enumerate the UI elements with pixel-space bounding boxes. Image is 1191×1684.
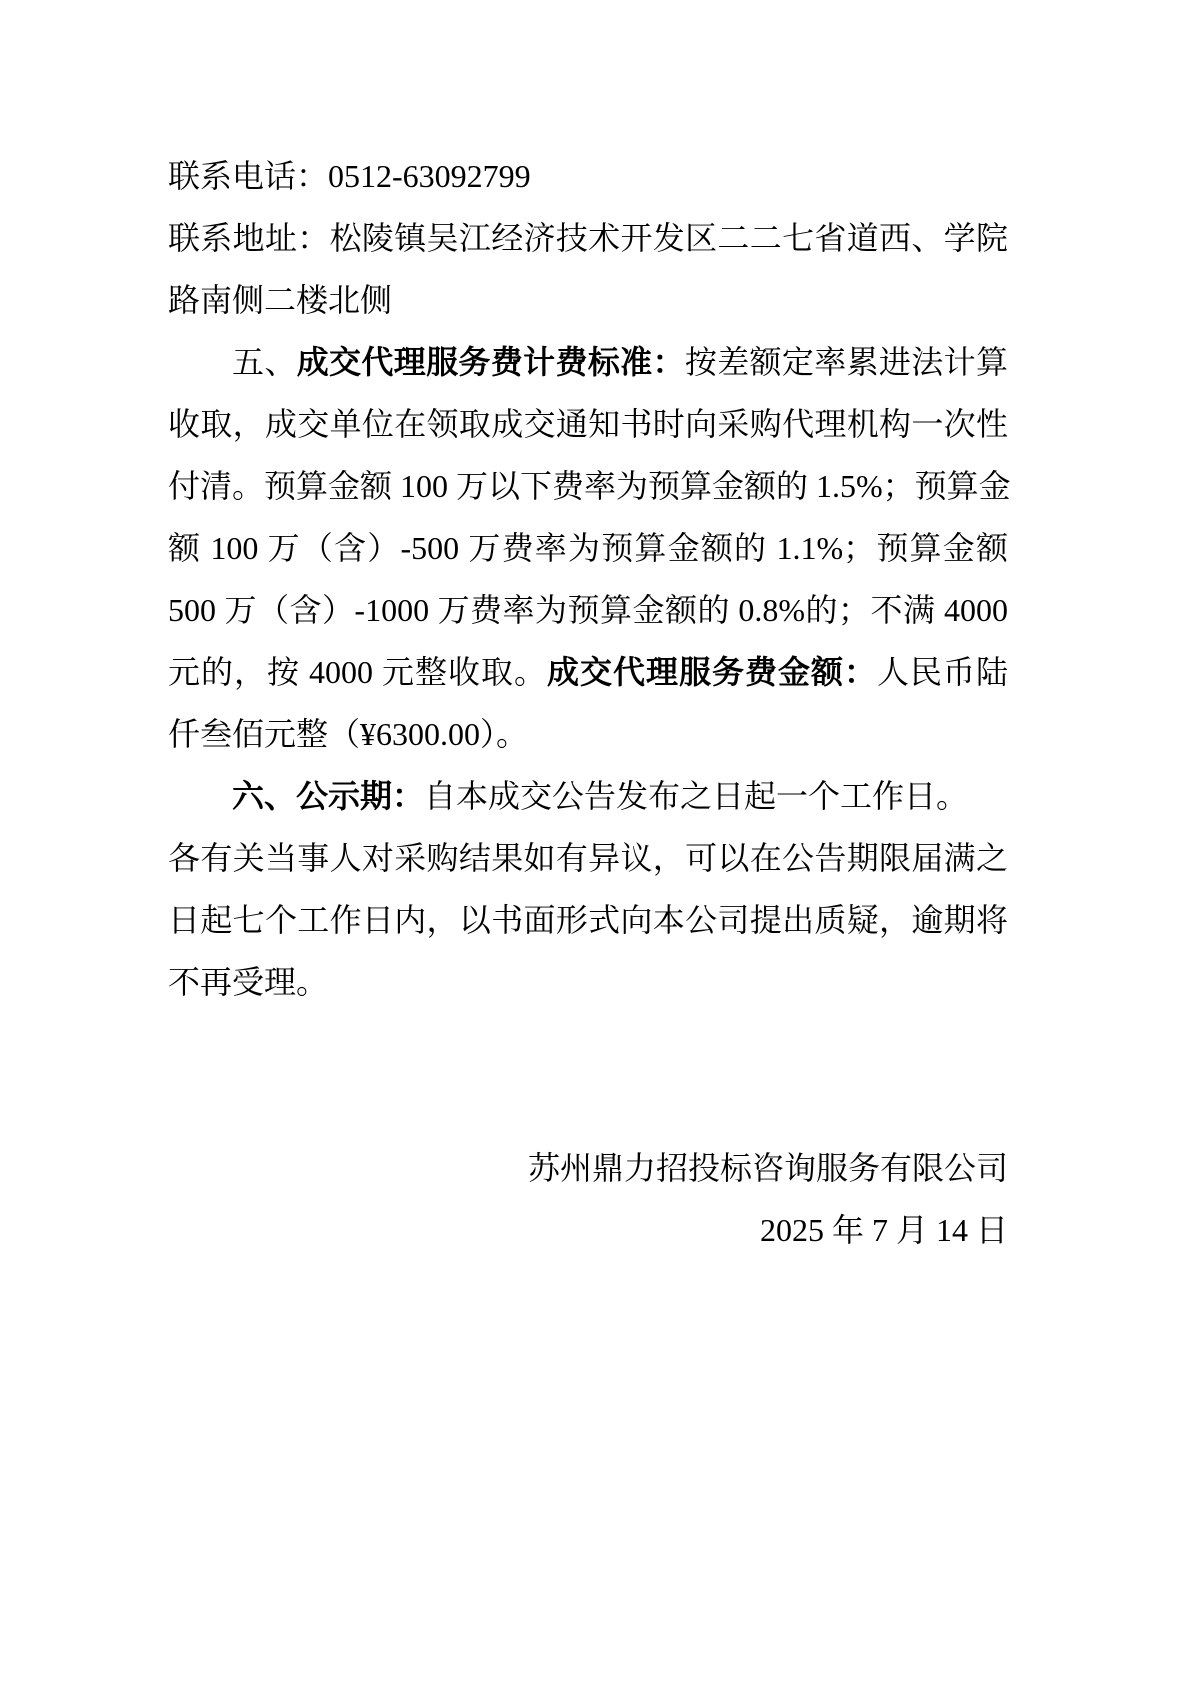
line-contact-address-1: 联系地址：松陵镇吴江经济技术开发区二二七省道西、学院 [168,207,1008,269]
text-segment: 元的，按 4000 元整收取。 [168,654,547,690]
text-segment: 日起七个工作日内，以书面形式向本公司提出质疑，逾期将 [168,902,1008,938]
line-section6-1: 六、公示期：自本成交公告发布之日起一个工作日。 [168,765,1008,827]
line-section5-6: 元的，按 4000 元整收取。成交代理服务费金额：人民币陆 [168,641,1008,703]
document-page: { "page": { "background": "#ffffff", "te… [0,0,1191,1684]
line-section6-2: 各有关当事人对采购结果如有异议，可以在公告期限届满之 [168,827,1008,889]
text-segment: 自本成交公告发布之日起一个工作日。 [424,778,968,814]
signature-block: 苏州鼎力招投标咨询服务有限公司 2025 年 7 月 14 日 [168,1137,1008,1261]
text-segment: 额 100 万（含）-500 万费率为预算金额的 1.1%；预算金额 [168,530,1008,566]
text-segment: 人民币陆 [877,654,1008,690]
document-lines: 联系电话：0512-63092799联系地址：松陵镇吴江经济技术开发区二二七省道… [168,145,1008,1013]
line-section5-7: 仟叁佰元整（¥6300.00）。 [168,703,1008,765]
text-segment: 各有关当事人对采购结果如有异议，可以在公告期限届满之 [168,840,1008,876]
bold-label: 成交代理服务费计费标准： [297,344,685,380]
text-segment: 联系地址：松陵镇吴江经济技术开发区二二七省道西、学院 [168,220,1008,256]
text-segment: 不再受理。 [168,964,328,1000]
text-segment: 收取，成交单位在领取成交通知书时向采购代理机构一次性 [168,406,1008,442]
signature-date: 2025 年 7 月 14 日 [168,1199,1008,1261]
signature-company: 苏州鼎力招投标咨询服务有限公司 [168,1137,1008,1199]
line-section6-3: 日起七个工作日内，以书面形式向本公司提出质疑，逾期将 [168,889,1008,951]
bold-label: 六、公示期： [232,778,424,814]
line-contact-phone: 联系电话：0512-63092799 [168,145,1008,207]
line-section5-4: 额 100 万（含）-500 万费率为预算金额的 1.1%；预算金额 [168,517,1008,579]
text-segment: 按差额定率累进法计算 [685,344,1008,380]
text-segment: 仟叁佰元整（¥6300.00）。 [168,716,528,752]
text-segment: 路南侧二楼北侧 [168,282,392,318]
line-section5-1: 五、成交代理服务费计费标准：按差额定率累进法计算 [168,331,1008,393]
text-segment: 500 万（含）-1000 万费率为预算金额的 0.8%的；不满 4000 [168,592,1008,628]
document-body: 联系电话：0512-63092799联系地址：松陵镇吴江经济技术开发区二二七省道… [168,145,1008,1261]
text-segment: 联系电话：0512-63092799 [168,158,531,194]
text-segment: 付清。预算金额 100 万以下费率为预算金额的 1.5%；预算金 [168,468,1011,504]
bold-label: 成交代理服务费金额： [547,654,877,690]
line-section5-5: 500 万（含）-1000 万费率为预算金额的 0.8%的；不满 4000 [168,579,1008,641]
line-section5-3: 付清。预算金额 100 万以下费率为预算金额的 1.5%；预算金 [168,455,1008,517]
line-contact-address-2: 路南侧二楼北侧 [168,269,1008,331]
line-section6-4: 不再受理。 [168,951,1008,1013]
text-segment: 五、 [232,344,297,380]
line-section5-2: 收取，成交单位在领取成交通知书时向采购代理机构一次性 [168,393,1008,455]
